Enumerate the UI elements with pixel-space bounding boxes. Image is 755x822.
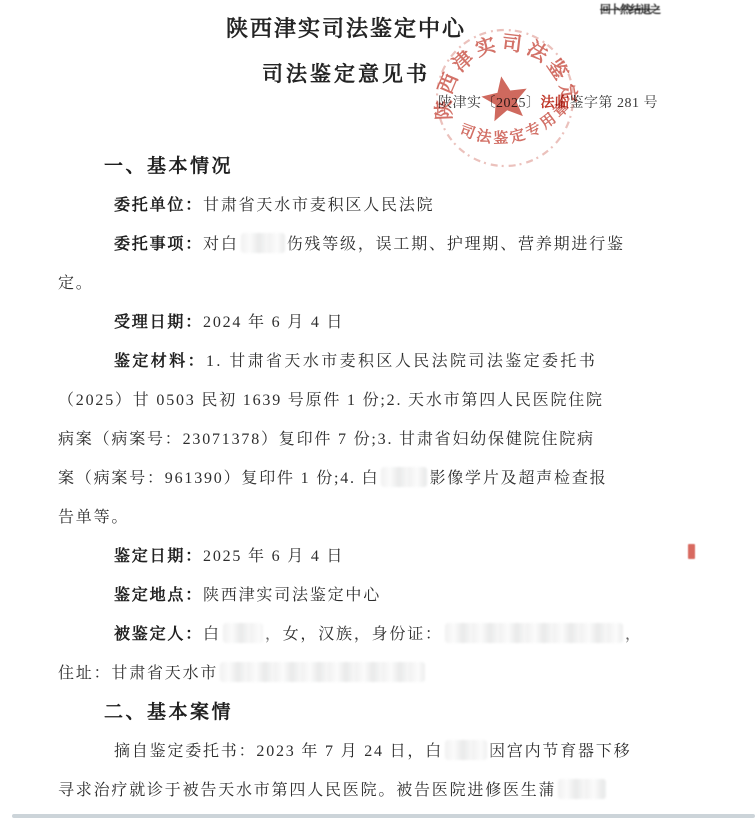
field-label: 受理日期： xyxy=(114,314,203,331)
field-label: 被鉴定人： xyxy=(114,626,203,643)
seal-star-icon xyxy=(479,72,532,122)
doc-line: 案（病案号：961390）复印件 1 份;4. 白影像学片及超声检查报 xyxy=(58,459,660,498)
doc-text: 2024 年 6 月 4 日 xyxy=(203,314,344,331)
doc-line: 鉴定日期：2025 年 6 月 4 日 xyxy=(58,537,660,576)
redaction-blur xyxy=(445,740,487,760)
redaction-blur xyxy=(223,623,263,643)
doc-text: 寻求治疗就诊于被告天水市第四人民医院。被告医院进修医生蒲 xyxy=(58,782,556,799)
doc-text: ， xyxy=(625,626,643,643)
doc-line: 摘自鉴定委托书：2023 年 7 月 24 日，白因宫内节育器下移 xyxy=(58,732,660,771)
doc-text: 甘肃省天水市麦积区人民法院 xyxy=(203,197,434,214)
doc-line: 告单等。 xyxy=(58,498,660,537)
doc-line: 委托事项：对白伤残等级，误工期、护理期、营养期进行鉴 xyxy=(58,225,660,264)
scan-bottom-border xyxy=(12,814,755,818)
doc-line: （2025）甘 0503 民初 1639 号原件 1 份;2. 天水市第四人民医… xyxy=(58,381,660,420)
red-edge-artifact xyxy=(688,544,695,559)
doc-line: 鉴定材料：1. 甘肃省天水市麦积区人民法院司法鉴定委托书 xyxy=(58,342,660,381)
doc-text: 案（病案号：961390）复印件 1 份;4. 白 xyxy=(58,470,379,487)
redaction-blur xyxy=(241,233,285,253)
field-label: 二、基本案情 xyxy=(104,702,233,723)
doc-text: 伤残等级，误工期、护理期、营养期进行鉴 xyxy=(287,236,625,253)
doc-text: 定。 xyxy=(58,275,94,292)
doc-line: 住址：甘肃省天水市 xyxy=(58,654,660,693)
doc-text: 因宫内节育器下移 xyxy=(489,743,631,760)
doc-text: 告单等。 xyxy=(58,509,129,526)
field-label: 鉴定材料： xyxy=(114,353,206,370)
doc-text: 2025 年 6 月 4 日 xyxy=(203,548,344,565)
redaction-blur xyxy=(220,662,425,682)
doc-line: 寻求治疗就诊于被告天水市第四人民医院。被告医院进修医生蒲 xyxy=(58,771,660,810)
doc-text: 影像学片及超声检查报 xyxy=(429,470,607,487)
field-label: 一、基本情况 xyxy=(104,156,233,177)
doc-line: 鉴定地点：陕西津实司法鉴定中心 xyxy=(58,576,660,615)
doc-text: ，女，汉族，身份证： xyxy=(265,626,443,643)
field-label: 委托事项： xyxy=(114,236,203,253)
doc-text: 住址：甘肃省天水市 xyxy=(58,665,218,682)
doc-text: （2025）甘 0503 民初 1639 号原件 1 份;2. 天水市第四人民医… xyxy=(58,392,604,409)
doc-line: 定。 xyxy=(58,264,660,303)
doc-text: 病案（病案号：23071378）复印件 7 份;3. 甘肃省妇幼保健院住院病 xyxy=(58,431,595,448)
redaction-blur xyxy=(558,779,606,799)
doc-text: 摘自鉴定委托书：2023 年 7 月 24 日，白 xyxy=(114,743,443,760)
redaction-blur xyxy=(381,467,427,487)
field-label: 委托单位： xyxy=(114,197,203,214)
doc-text: 1. 甘肃省天水市麦积区人民法院司法鉴定委托书 xyxy=(206,353,597,370)
doc-text: 对白 xyxy=(203,236,239,253)
redaction-blur xyxy=(445,623,623,643)
doc-text: 陕西津实司法鉴定中心 xyxy=(203,587,381,604)
section-heading: 一、基本情况 xyxy=(58,147,660,186)
doc-line: 病案（病案号：23071378）复印件 7 份;3. 甘肃省妇幼保健院住院病 xyxy=(58,420,660,459)
doc-text: 白 xyxy=(203,626,221,643)
doc-lines: 一、基本情况委托单位：甘肃省天水市麦积区人民法院委托事项：对白伤残等级，误工期、… xyxy=(58,147,660,810)
section-heading: 二、基本案情 xyxy=(58,693,660,732)
field-label: 鉴定日期： xyxy=(114,548,203,565)
doc-line: 被鉴定人：白，女，汉族，身份证：， xyxy=(58,615,660,654)
doc-line: 委托单位：甘肃省天水市麦积区人民法院 xyxy=(58,186,660,225)
field-label: 鉴定地点： xyxy=(114,587,203,604)
scanned-document-page: 回卜然结退之 陕西津实司法鉴定中心 司法鉴定意见书 陕津实〔2025〕法临鉴字第… xyxy=(0,0,755,822)
doc-line: 受理日期：2024 年 6 月 4 日 xyxy=(58,303,660,342)
